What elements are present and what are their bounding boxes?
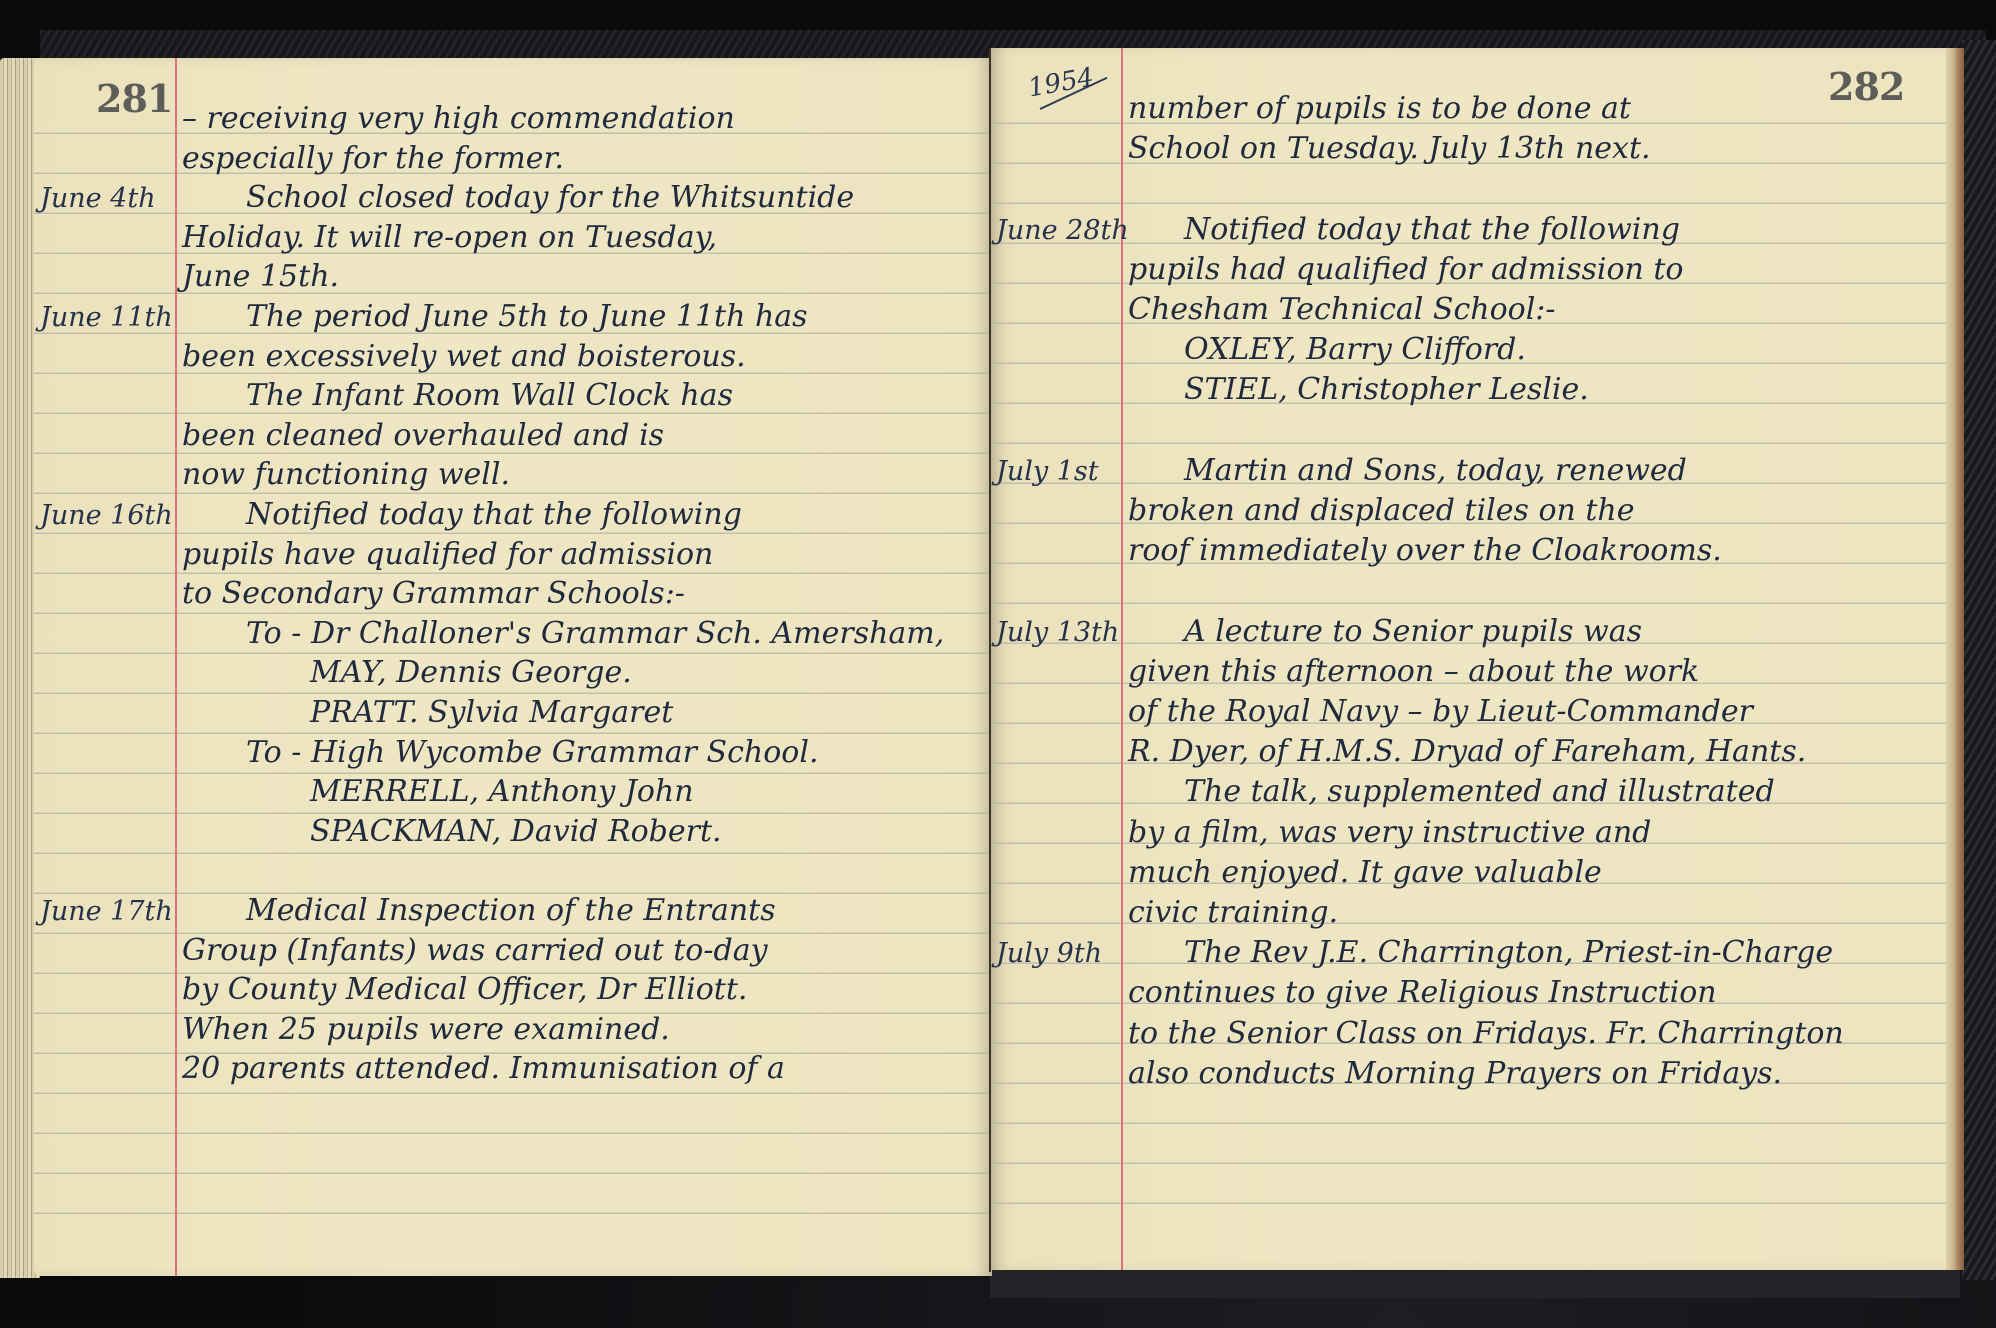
- entry-date: June 28th: [996, 217, 1129, 244]
- handwritten-line: Notified today that the following: [246, 500, 742, 530]
- handwritten-line: 20 parents attended. Immunisation of a: [182, 1054, 785, 1084]
- handwritten-line: – receiving very high commendation: [182, 104, 735, 134]
- handwritten-line: The talk, supplemented and illustrated: [1184, 777, 1775, 807]
- handwritten-line: To - High Wycombe Grammar School.: [246, 738, 818, 768]
- handwritten-line: been cleaned overhauled and is: [182, 421, 664, 451]
- handwritten-line: MAY, Dennis George.: [310, 658, 632, 688]
- handwritten-line: to the Senior Class on Fridays. Fr. Char…: [1128, 1019, 1844, 1049]
- handwritten-line: Group (Infants) was carried out to-day: [182, 936, 768, 966]
- handwritten-line: been excessively wet and boisterous.: [182, 342, 746, 372]
- handwritten-line: also conducts Morning Prayers on Fridays…: [1128, 1059, 1782, 1089]
- entry-date: June 4th: [40, 185, 156, 212]
- handwritten-line: broken and displaced tiles on the: [1128, 496, 1635, 526]
- handwritten-line: roof immediately over the Cloakrooms.: [1128, 536, 1722, 566]
- handwritten-line: STIEL, Christopher Leslie.: [1184, 375, 1589, 405]
- handwritten-line: School closed today for the Whitsuntide: [246, 183, 854, 213]
- handwritten-line: The period June 5th to June 11th has: [246, 302, 808, 332]
- handwritten-line: Medical Inspection of the Entrants: [246, 896, 776, 926]
- handwritten-line: R. Dyer, of H.M.S. Dryad of Fareham, Han…: [1128, 737, 1806, 767]
- entry-date: June 16th: [40, 502, 173, 529]
- handwritten-line: School on Tuesday. July 13th next.: [1128, 134, 1651, 164]
- handwritten-line: SPACKMAN, David Robert.: [310, 817, 722, 847]
- handwritten-line: Chesham Technical School:-: [1128, 295, 1556, 325]
- page-number: 282: [1828, 64, 1904, 109]
- handwritten-line: of the Royal Navy – by Lieut-Commander: [1128, 697, 1753, 727]
- margin-line: [175, 58, 177, 1276]
- handwritten-line: The Rev J.E. Charrington, Priest-in-Char…: [1184, 938, 1833, 968]
- entry-date: June 11th: [40, 304, 173, 331]
- handwritten-line: When 25 pupils were examined.: [182, 1015, 670, 1045]
- handwritten-line: To - Dr Challoner's Grammar Sch. Amersha…: [246, 619, 944, 649]
- right-page-edge: [1946, 48, 1964, 1270]
- handwritten-line: pupils had qualified for admission to: [1128, 255, 1684, 285]
- handwritten-line: especially for the former.: [182, 144, 564, 174]
- entry-date: July 1st: [996, 458, 1099, 485]
- handwritten-line: A lecture to Senior pupils was: [1184, 617, 1642, 647]
- handwritten-line: Martin and Sons, today, renewed: [1184, 456, 1687, 486]
- book-gutter: [989, 48, 991, 1272]
- handwritten-line: number of pupils is to be done at: [1128, 94, 1631, 124]
- handwritten-line: The Infant Room Wall Clock has: [246, 381, 733, 411]
- handwritten-line: Notified today that the following: [1184, 215, 1680, 245]
- handwritten-line: June 15th.: [182, 262, 339, 292]
- entry-date: June 17th: [40, 898, 173, 925]
- handwritten-line: PRATT. Sylvia Margaret: [310, 698, 673, 728]
- handwritten-line: now functioning well.: [182, 460, 510, 490]
- handwritten-line: continues to give Religious Instruction: [1128, 978, 1717, 1008]
- handwritten-line: much enjoyed. It gave valuable: [1128, 858, 1602, 888]
- handwritten-line: pupils have qualified for admission: [182, 540, 713, 570]
- right-page: 282 number of pupils is to be done atSch…: [990, 48, 1950, 1270]
- handwritten-line: given this afternoon – about the work: [1128, 657, 1699, 687]
- entry-date: July 13th: [996, 619, 1119, 646]
- handwritten-line: by a film, was very instructive and: [1128, 818, 1651, 848]
- entry-date: July 9th: [996, 940, 1102, 967]
- handwritten-line: MERRELL, Anthony John: [310, 777, 694, 807]
- page-number: 281: [96, 76, 172, 121]
- book-cover-right: [1962, 40, 1996, 1280]
- handwritten-line: civic training.: [1128, 898, 1338, 928]
- left-page: 281 – receiving very high commendationes…: [34, 58, 992, 1276]
- handwritten-line: to Secondary Grammar Schools:-: [182, 579, 685, 609]
- handwritten-line: OXLEY, Barry Clifford.: [1184, 335, 1526, 365]
- handwritten-line: by County Medical Officer, Dr Elliott.: [182, 975, 747, 1005]
- book-cover-bottom: [990, 1268, 1960, 1298]
- handwritten-line: Holiday. It will re-open on Tuesday,: [182, 223, 717, 253]
